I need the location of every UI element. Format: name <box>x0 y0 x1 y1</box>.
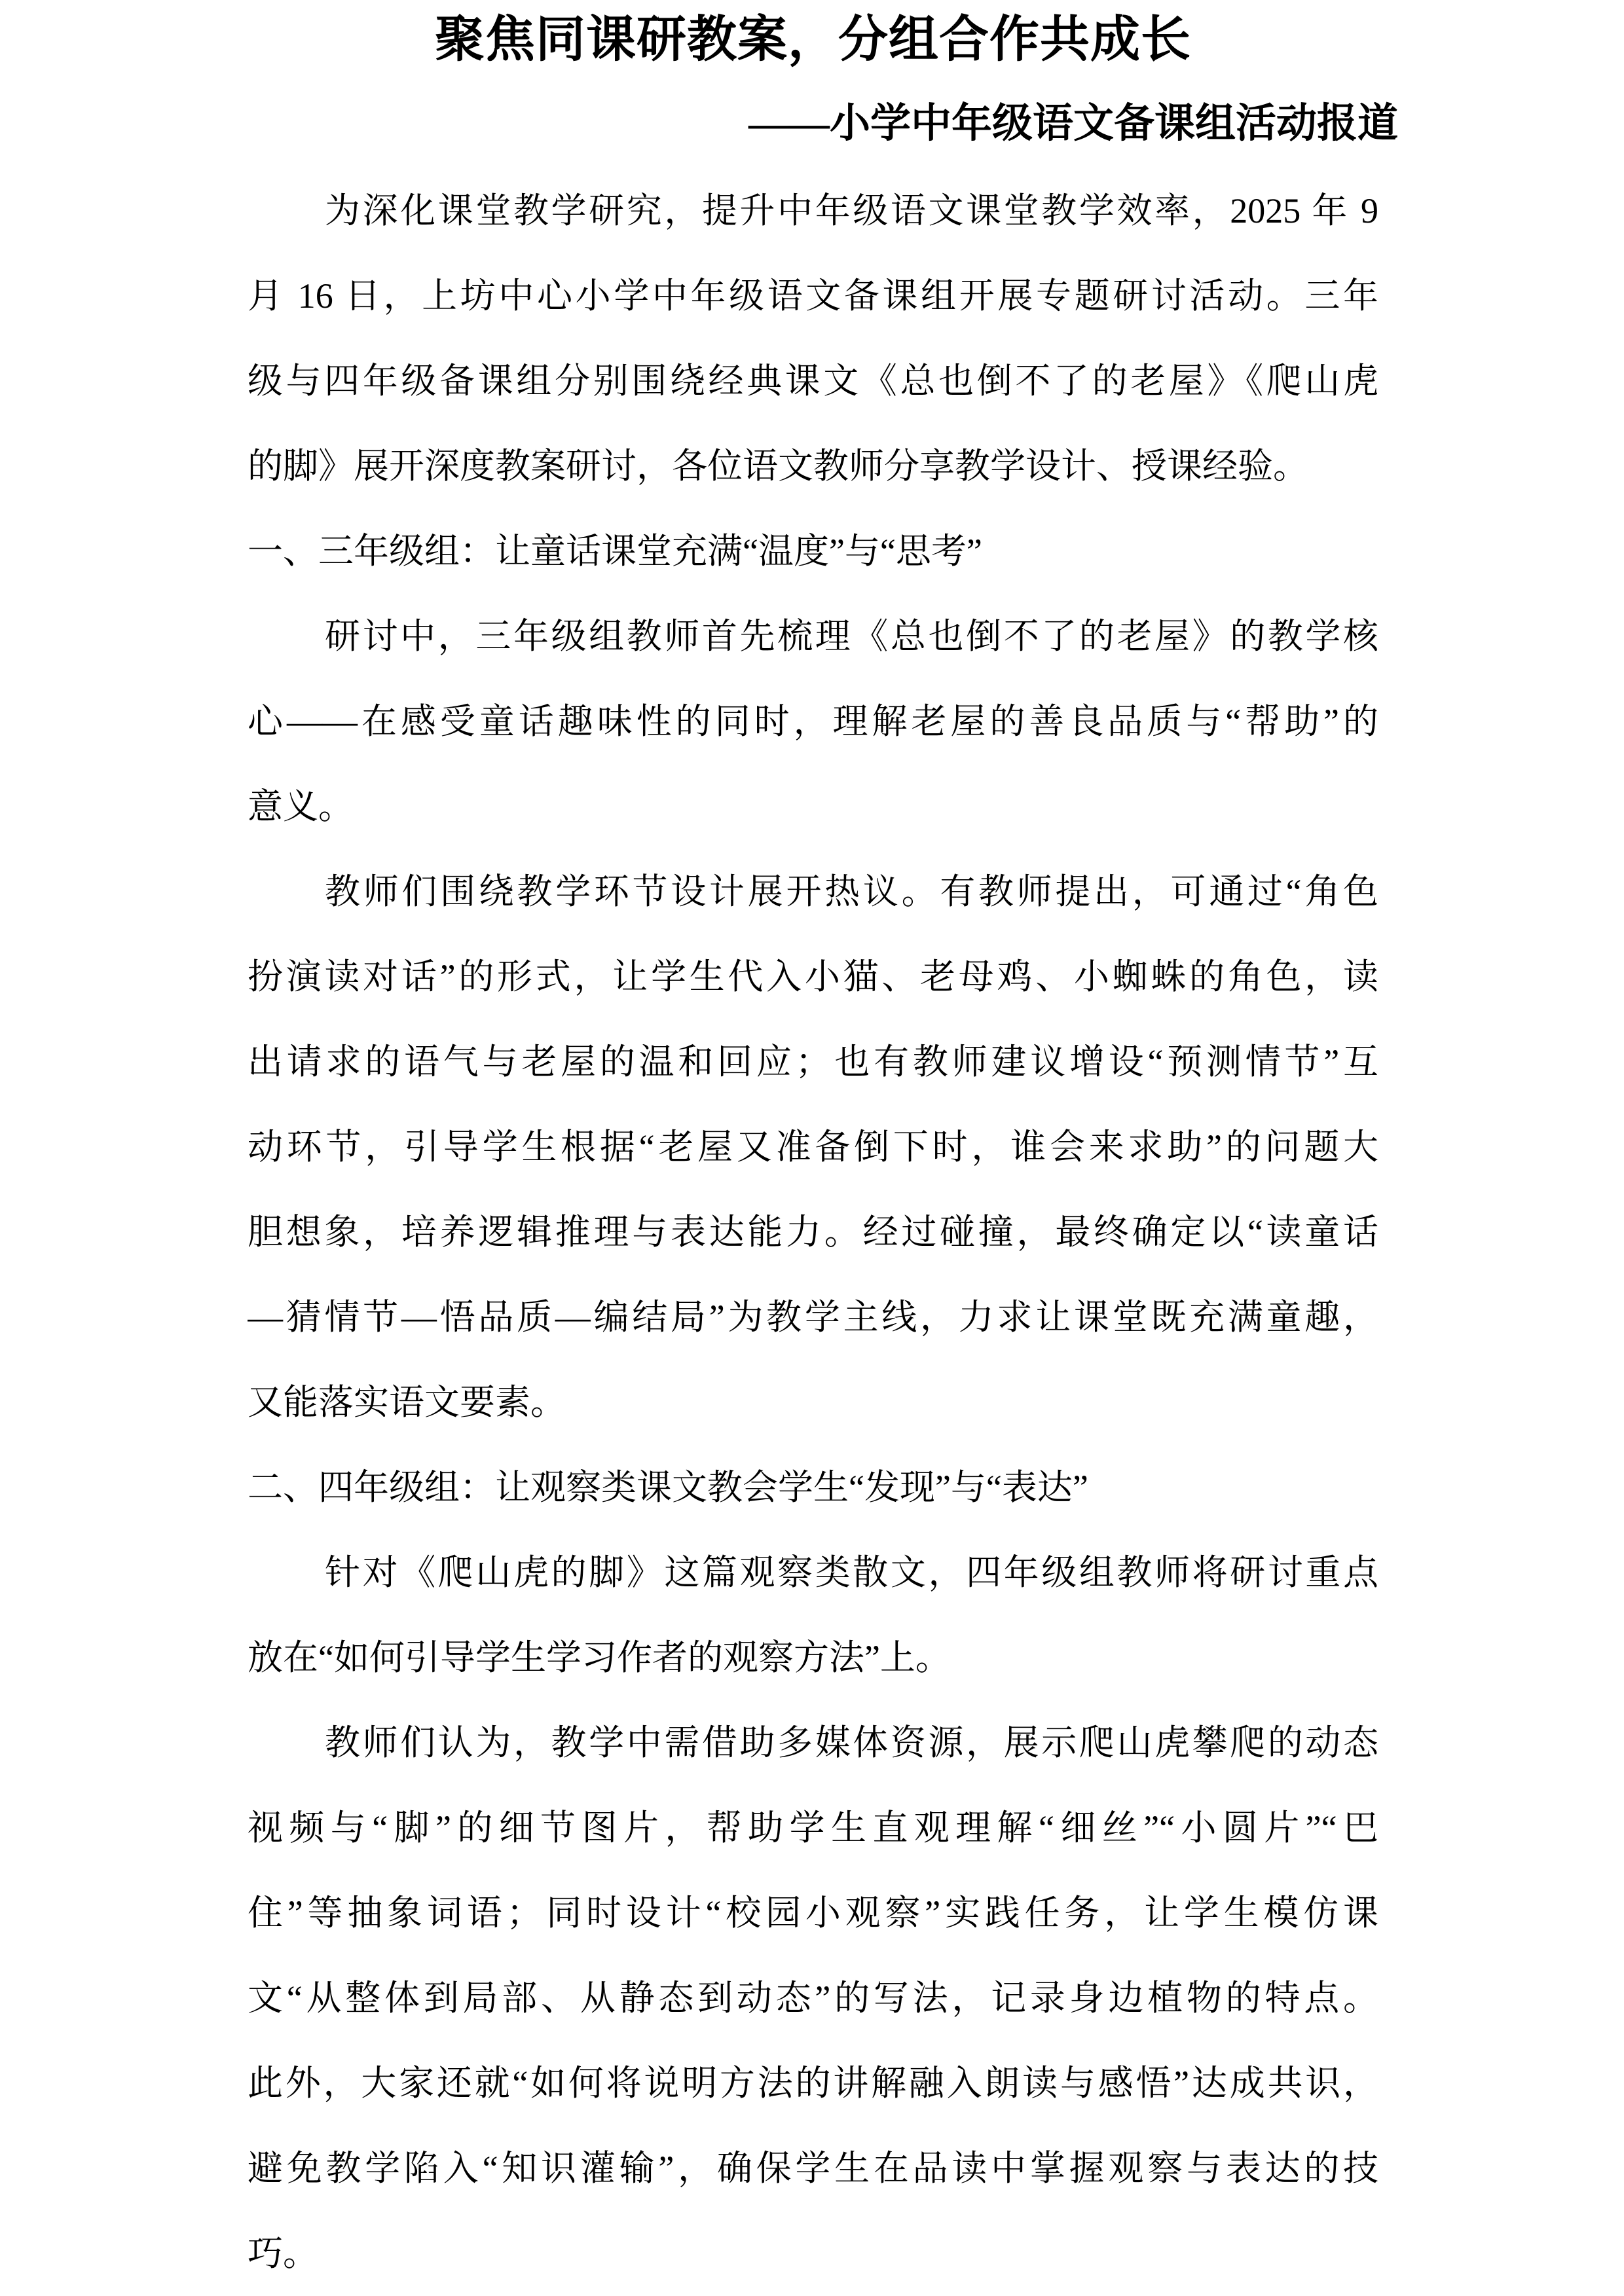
document-page: 聚焦同课研教案，分组合作共成长 ——小学中年级语文备课组活动报道 为深化课堂教学… <box>0 0 1624 2296</box>
text-line: 级与四年级备课组分别围绕经典课文《总也倒不了的老屋》《爬山虎 <box>248 338 1378 424</box>
text-line: 文“从整体到局部、从静态到动态”的写法，记录身边植物的特点。 <box>248 1956 1378 2041</box>
text-line: 此外，大家还就“如何将说明方法的讲解融入朗读与感悟”达成共识， <box>248 2041 1378 2126</box>
paragraph: 为深化课堂教学研究，提升中年级语文课堂教学效率，2025 年 9月 16 日，上… <box>248 168 1378 509</box>
text-line: 视频与“脚”的细节图片，帮助学生直观理解“细丝”“小圆片”“巴 <box>248 1785 1378 1870</box>
text-line: 研讨中，三年级组教师首先梳理《总也倒不了的老屋》的教学核 <box>248 594 1378 679</box>
text-line: 教师们认为，教学中需借助多媒体资源，展示爬山虎攀爬的动态 <box>248 1700 1378 1785</box>
text-line: 住”等抽象词语；同时设计“校园小观察”实践任务，让学生模仿课 <box>248 1870 1378 1956</box>
text-line: 的脚》展开深度教案研讨，各位语文教师分享教学设计、授课经验。 <box>248 424 1378 509</box>
text-line: 针对《爬山虎的脚》这篇观察类散文，四年级组教师将研讨重点 <box>248 1530 1378 1615</box>
text-line: 心——在感受童话趣味性的同时，理解老屋的善良品质与“帮助”的 <box>248 679 1378 764</box>
text-line: —猜情节—悟品质—编结局”为教学主线，力求让课堂既充满童趣， <box>248 1275 1378 1360</box>
section-heading: 一、三年级组：让童话课堂充满“温度”与“思考” <box>248 509 1378 594</box>
text-line: 动环节，引导学生根据“老屋又准备倒下时，谁会来求助”的问题大 <box>248 1104 1378 1190</box>
paragraph: 教师们围绕教学环节设计展开热议。有教师提出，可通过“角色扮演读对话”的形式，让学… <box>248 849 1378 1445</box>
paragraph: 针对《爬山虎的脚》这篇观察类散文，四年级组教师将研讨重点放在“如何引导学生学习作… <box>248 1530 1378 1700</box>
text-line: 出请求的语气与老屋的温和回应；也有教师建议增设“预测情节”互 <box>248 1019 1378 1104</box>
paragraph: 研讨中，三年级组教师首先梳理《总也倒不了的老屋》的教学核心——在感受童话趣味性的… <box>248 594 1378 849</box>
text-line: 又能落实语文要素。 <box>248 1360 1378 1445</box>
text-line: 教师们围绕教学环节设计展开热议。有教师提出，可通过“角色 <box>248 849 1378 934</box>
document-body: 为深化课堂教学研究，提升中年级语文课堂教学效率，2025 年 9月 16 日，上… <box>248 168 1378 2296</box>
text-line: 意义。 <box>248 764 1378 849</box>
text-line: 一、三年级组：让童话课堂充满“温度”与“思考” <box>248 509 1378 594</box>
text-line: 月 16 日，上坊中心小学中年级语文备课组开展专题研讨活动。三年 <box>248 253 1378 338</box>
content-column: 聚焦同课研教案，分组合作共成长 ——小学中年级语文备课组活动报道 为深化课堂教学… <box>0 3 1624 2296</box>
section-heading: 二、四年级组：让观察类课文教会学生“发现”与“表达” <box>248 1445 1378 1530</box>
text-line: 二、四年级组：让观察类课文教会学生“发现”与“表达” <box>248 1445 1378 1530</box>
document-title: 聚焦同课研教案，分组合作共成长 <box>248 3 1378 78</box>
text-line: 扮演读对话”的形式，让学生代入小猫、老母鸡、小蜘蛛的角色，读 <box>248 934 1378 1019</box>
text-line: 胆想象，培养逻辑推理与表达能力。经过碰撞，最终确定以“读童话 <box>248 1190 1378 1275</box>
paragraph: 教师们认为，教学中需借助多媒体资源，展示爬山虎攀爬的动态视频与“脚”的细节图片，… <box>248 1700 1378 2296</box>
text-line: 为深化课堂教学研究，提升中年级语文课堂教学效率，2025 年 9 <box>248 168 1378 253</box>
document-subtitle: ——小学中年级语文备课组活动报道 <box>248 91 1398 156</box>
text-line: 巧。 <box>248 2211 1378 2296</box>
text-line: 避免教学陷入“知识灌输”，确保学生在品读中掌握观察与表达的技 <box>248 2126 1378 2211</box>
text-line: 放在“如何引导学生学习作者的观察方法”上。 <box>248 1615 1378 1700</box>
